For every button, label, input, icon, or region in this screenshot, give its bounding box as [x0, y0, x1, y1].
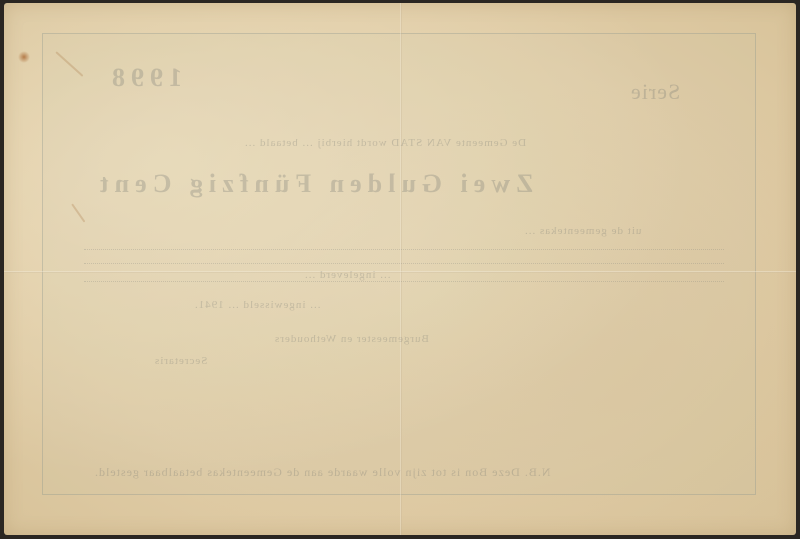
ghost-serial-number: 1998 — [106, 63, 182, 93]
vertical-fold-line — [400, 3, 402, 535]
ghost-text-line: Burgemeester en Wethouders — [274, 333, 429, 345]
rust-stain — [18, 51, 30, 63]
ghost-text-row — [84, 281, 724, 282]
banknote-reverse: 1998 Serie De Gemeente VAN STAD wordt hi… — [4, 3, 796, 535]
ghost-serie-label: Serie — [630, 79, 680, 105]
horizontal-fold-line — [4, 271, 796, 273]
ghost-text-line: Secretaris — [154, 355, 207, 367]
ghost-text-line: uit de gemeentekas ... — [524, 225, 641, 237]
ghost-text-row — [84, 263, 724, 264]
ghost-text-row — [84, 249, 724, 250]
ghost-title-line: Zwei Gulden Fünfzig Cent — [94, 169, 533, 199]
ghost-text-line: De Gemeente VAN STAD wordt hierbij ... b… — [244, 137, 526, 149]
ghost-footer-note: N.B. Deze Bon is tot zijn volle waarde a… — [94, 465, 551, 480]
ghost-text-line: ... ingeleverd ... — [304, 269, 390, 281]
ghost-text-line: ... ingewisseld ... 1941. — [194, 299, 320, 311]
